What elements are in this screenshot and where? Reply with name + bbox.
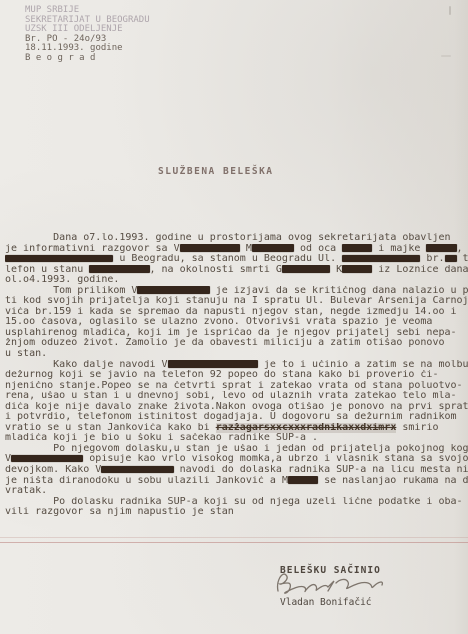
document-header: MUP SRBIJESEKRETARIJAT U BEOGRADUUZSK II… xyxy=(25,6,150,64)
scan-artifact xyxy=(441,55,451,57)
text-line: Dana o7.lo.1993. godine u prostorijama o… xyxy=(5,233,468,244)
redaction-bar xyxy=(342,255,420,263)
redaction-bar xyxy=(445,255,457,263)
redaction-bar xyxy=(5,255,113,263)
text-line: vratak. xyxy=(5,486,468,497)
document-title: SLUŽBENA BELEŠKA xyxy=(158,166,274,177)
header-line: B e o g r a d xyxy=(25,54,150,64)
text-line: njenično stanje.Popeo se na četvrti spra… xyxy=(5,381,468,392)
text-line: dića koje nije davalo znake života.Nakon… xyxy=(5,402,468,413)
redaction-bar xyxy=(89,265,149,273)
text-line: 15.oo časova, oglasilo se ulazno zvono. … xyxy=(5,317,468,328)
text-line: je informativni razgovor sa V M od oca i… xyxy=(5,244,468,255)
scan-fold-line xyxy=(0,537,468,538)
redaction-bar xyxy=(252,244,294,252)
handwritten-signature xyxy=(270,563,400,603)
scan-artifact xyxy=(449,6,451,15)
redaction-bar xyxy=(282,265,330,273)
text-line: dežurnog koji se javio na telefon 92 pop… xyxy=(5,370,468,381)
text-line: mladića koji je bio u šoku i sačekao rad… xyxy=(5,433,468,444)
redaction-bar xyxy=(168,360,258,368)
text-line: vili razgovor sa njim napustio je stan xyxy=(5,507,468,518)
text-line: Po njegovom dolasku,u stan je ušao i jed… xyxy=(5,444,468,455)
header-line: UZSK III ODELJENJE xyxy=(25,25,150,35)
text-line: vića br.159 i kada se spremao da napusti… xyxy=(5,307,468,318)
scanned-document-page: MUP SRBIJESEKRETARIJAT U BEOGRADUUZSK II… xyxy=(0,0,468,634)
text-line: žnjom oduzeo život. Zamolio je da obaves… xyxy=(5,338,468,349)
redaction-bar xyxy=(288,476,318,484)
text-line: V opisuje kao vrlo visokog momka,a ubrzo… xyxy=(5,454,468,465)
overtyped-crossed-out-text: razžagarsxxcxxxradnikaxxdximrx xyxy=(216,423,397,433)
text-line: ti kod svojih prijatelja koji stanuju na… xyxy=(5,296,468,307)
text-line: u stan. xyxy=(5,349,468,360)
document-body: Dana o7.lo.1993. godine u prostorijama o… xyxy=(5,233,468,523)
text-line: Kako dalje navodi V je to i učinio a zat… xyxy=(5,360,468,371)
redaction-bar xyxy=(342,244,372,252)
text-line: i potvrdio, telefonom istinitost dogadja… xyxy=(5,412,468,423)
text-line: u Beogradu, sa stanom u Beogradu Ul. br.… xyxy=(5,254,468,265)
redaction-bar xyxy=(342,265,372,273)
redaction-bar xyxy=(101,466,173,474)
redaction-bar xyxy=(137,286,209,294)
text-line: lefon u stanu , na okolnosti smrti G K i… xyxy=(5,265,468,276)
text-line: vratio se u stan Jankovića kako bi razža… xyxy=(5,423,468,434)
text-line: ol.o4.1993. godine. xyxy=(5,275,468,286)
text-line: Po dolasku radnika SUP-a koji su od njeg… xyxy=(5,497,468,508)
redaction-bar xyxy=(426,244,456,252)
text-line: rena, ušao u stan i u dnevnoj sobi, levo… xyxy=(5,391,468,402)
redaction-bar xyxy=(180,244,240,252)
text-line: usplahirenog mladića, koji im je ispriča… xyxy=(5,328,468,339)
text-line: devojkom. Kako V navodi do dolaska radni… xyxy=(5,465,468,476)
redaction-bar xyxy=(11,455,83,463)
text-line: Tom prilikom V je izjavi da se kritičnog… xyxy=(5,286,468,297)
scan-fold-line xyxy=(0,542,468,543)
text-line: je ništa diranodoku u sobu ulazili Janko… xyxy=(5,476,468,487)
